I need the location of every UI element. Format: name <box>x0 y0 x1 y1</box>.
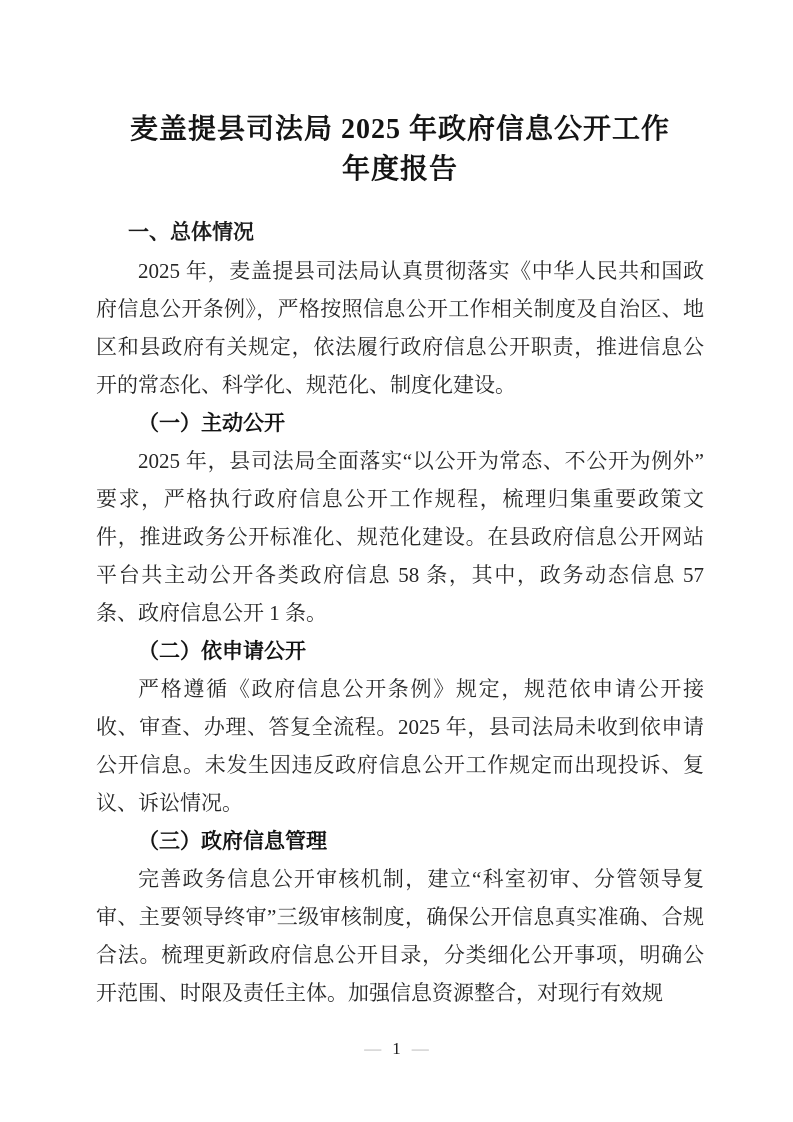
document-title-line1: 麦盖提县司法局 2025 年政府信息公开工作 <box>96 110 704 150</box>
section-heading-disclosure-by-request: （二）依申请公开 <box>96 632 704 670</box>
section-heading-overview: 一、总体情况 <box>96 214 704 252</box>
footer-dash-right: — <box>412 1039 429 1058</box>
paragraph-information-management: 完善政务信息公开审核机制，建立“科室初审、分管领导复审、主要领导终审”三级审核制… <box>96 860 704 1012</box>
document-page: 麦盖提县司法局 2025 年政府信息公开工作 年度报告 一、总体情况 2025 … <box>0 0 793 1122</box>
page-footer: —1— <box>0 1038 793 1060</box>
document-title: 麦盖提县司法局 2025 年政府信息公开工作 年度报告 <box>96 110 704 190</box>
section-heading-proactive-disclosure: （一）主动公开 <box>96 404 704 442</box>
page-number: 1 <box>392 1039 401 1058</box>
section-heading-information-management: （三）政府信息管理 <box>96 822 704 860</box>
document-title-line2: 年度报告 <box>96 150 704 190</box>
footer-dash-left: — <box>364 1039 381 1058</box>
paragraph-proactive-disclosure: 2025 年，县司法局全面落实“以公开为常态、不公开为例外”要求，严格执行政府信… <box>96 442 704 632</box>
paragraph-overview: 2025 年，麦盖提县司法局认真贯彻落实《中华人民共和国政府信息公开条例》，严格… <box>96 252 704 404</box>
document-body: 一、总体情况 2025 年，麦盖提县司法局认真贯彻落实《中华人民共和国政府信息公… <box>96 214 704 1012</box>
paragraph-disclosure-by-request: 严格遵循《政府信息公开条例》规定，规范依申请公开接收、审查、办理、答复全流程。2… <box>96 670 704 822</box>
